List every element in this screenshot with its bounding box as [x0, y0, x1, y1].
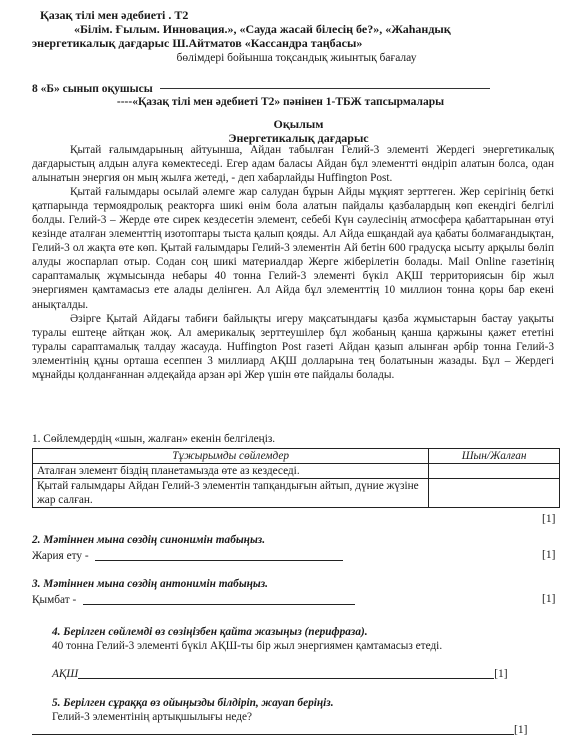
question-4-mark: [1]	[494, 668, 507, 680]
units-line-1: «Білім. Ғылым. Инновация.», «Сауда жасай…	[74, 22, 451, 36]
question-4-answer-row: АҚШ[1]	[52, 666, 508, 681]
question-3-mark: [1]	[542, 592, 555, 606]
subject-title: Қазақ тілі мен әдебиеті . Т2	[40, 8, 188, 22]
answer-cell[interactable]	[429, 479, 560, 508]
question-5-answer-field[interactable]	[32, 722, 514, 735]
student-name-row: 8 «Б» сынып оқушысы	[32, 82, 490, 96]
question-4-prompt: 4. Берілген сөйлемді өз сөзіңізбен қайта…	[52, 625, 368, 639]
table-header-statements: Тұжырымды сөйлемдер	[33, 449, 429, 464]
statement-cell: Қытай ғалымдары Айдан Гелий-3 элементін …	[33, 479, 429, 508]
question-3-answer-row: Қымбат -	[32, 592, 355, 607]
passage-paragraph: Әзірге Қытай Айдағы табиғи байлықты игер…	[32, 312, 554, 382]
question-3-word: Қымбат -	[32, 594, 76, 606]
question-4-sentence: 40 тонна Гелий-3 элементі бүкіл АҚШ-ты б…	[52, 639, 442, 653]
reading-passage: Қытай ғалымдарының айтуынша, Айдан табыл…	[32, 143, 554, 382]
question-4-start-word: АҚШ	[52, 668, 78, 680]
question-2-answer-row: Жария ету -	[32, 548, 343, 563]
student-name-field[interactable]	[160, 88, 490, 89]
question-2-prompt: 2. Мәтіннен мына сөздің синонимін табыңы…	[32, 533, 265, 547]
question-2-mark: [1]	[542, 548, 555, 562]
statement-cell: Аталған элемент біздің планетамызда өте …	[33, 464, 429, 479]
true-false-table: Тұжырымды сөйлемдер Шын/Жалған Аталған э…	[32, 448, 560, 508]
assessment-line: бөлімдері бойынша тоқсандық жиынтық баға…	[0, 51, 583, 65]
student-label: 8 «Б» сынып оқушысы	[32, 83, 153, 95]
table-header-true-false: Шын/Жалған	[429, 449, 560, 464]
tasks-title: ----«Қазақ тілі мен әдебиеті Т2» пәнінен…	[0, 95, 583, 109]
question-2-answer-field[interactable]	[95, 548, 343, 561]
question-1-prompt: 1. Сөйлемдердің «шын, жалған» екенін бел…	[32, 432, 275, 446]
question-4-answer-field[interactable]	[78, 666, 494, 679]
question-5-mark: [1]	[514, 724, 527, 736]
question-2-word: Жария ету -	[32, 550, 89, 562]
question-5-answer-row: [1]	[32, 722, 527, 737]
question-5-prompt: 5. Берілген сұраққа өз ойыңызды білдіріп…	[52, 696, 334, 710]
table-row: Аталған элемент біздің планетамызда өте …	[33, 464, 560, 479]
answer-cell[interactable]	[429, 464, 560, 479]
section-title: Оқылым	[0, 117, 583, 131]
table-row: Қытай ғалымдары Айдан Гелий-3 элементін …	[33, 479, 560, 508]
units-line-2: энергетикалық дағдарыс Ш.Айтматов «Касса…	[32, 36, 362, 50]
question-3-prompt: 3. Мәтіннен мына сөздің антонимін табыңы…	[32, 577, 268, 591]
question-1-mark: [1]	[542, 512, 555, 526]
passage-paragraph: Қытай ғалымдары осылай әлемге жар салуда…	[32, 185, 554, 311]
question-3-answer-field[interactable]	[83, 592, 355, 605]
passage-paragraph: Қытай ғалымдарының айтуынша, Айдан табыл…	[32, 143, 554, 185]
